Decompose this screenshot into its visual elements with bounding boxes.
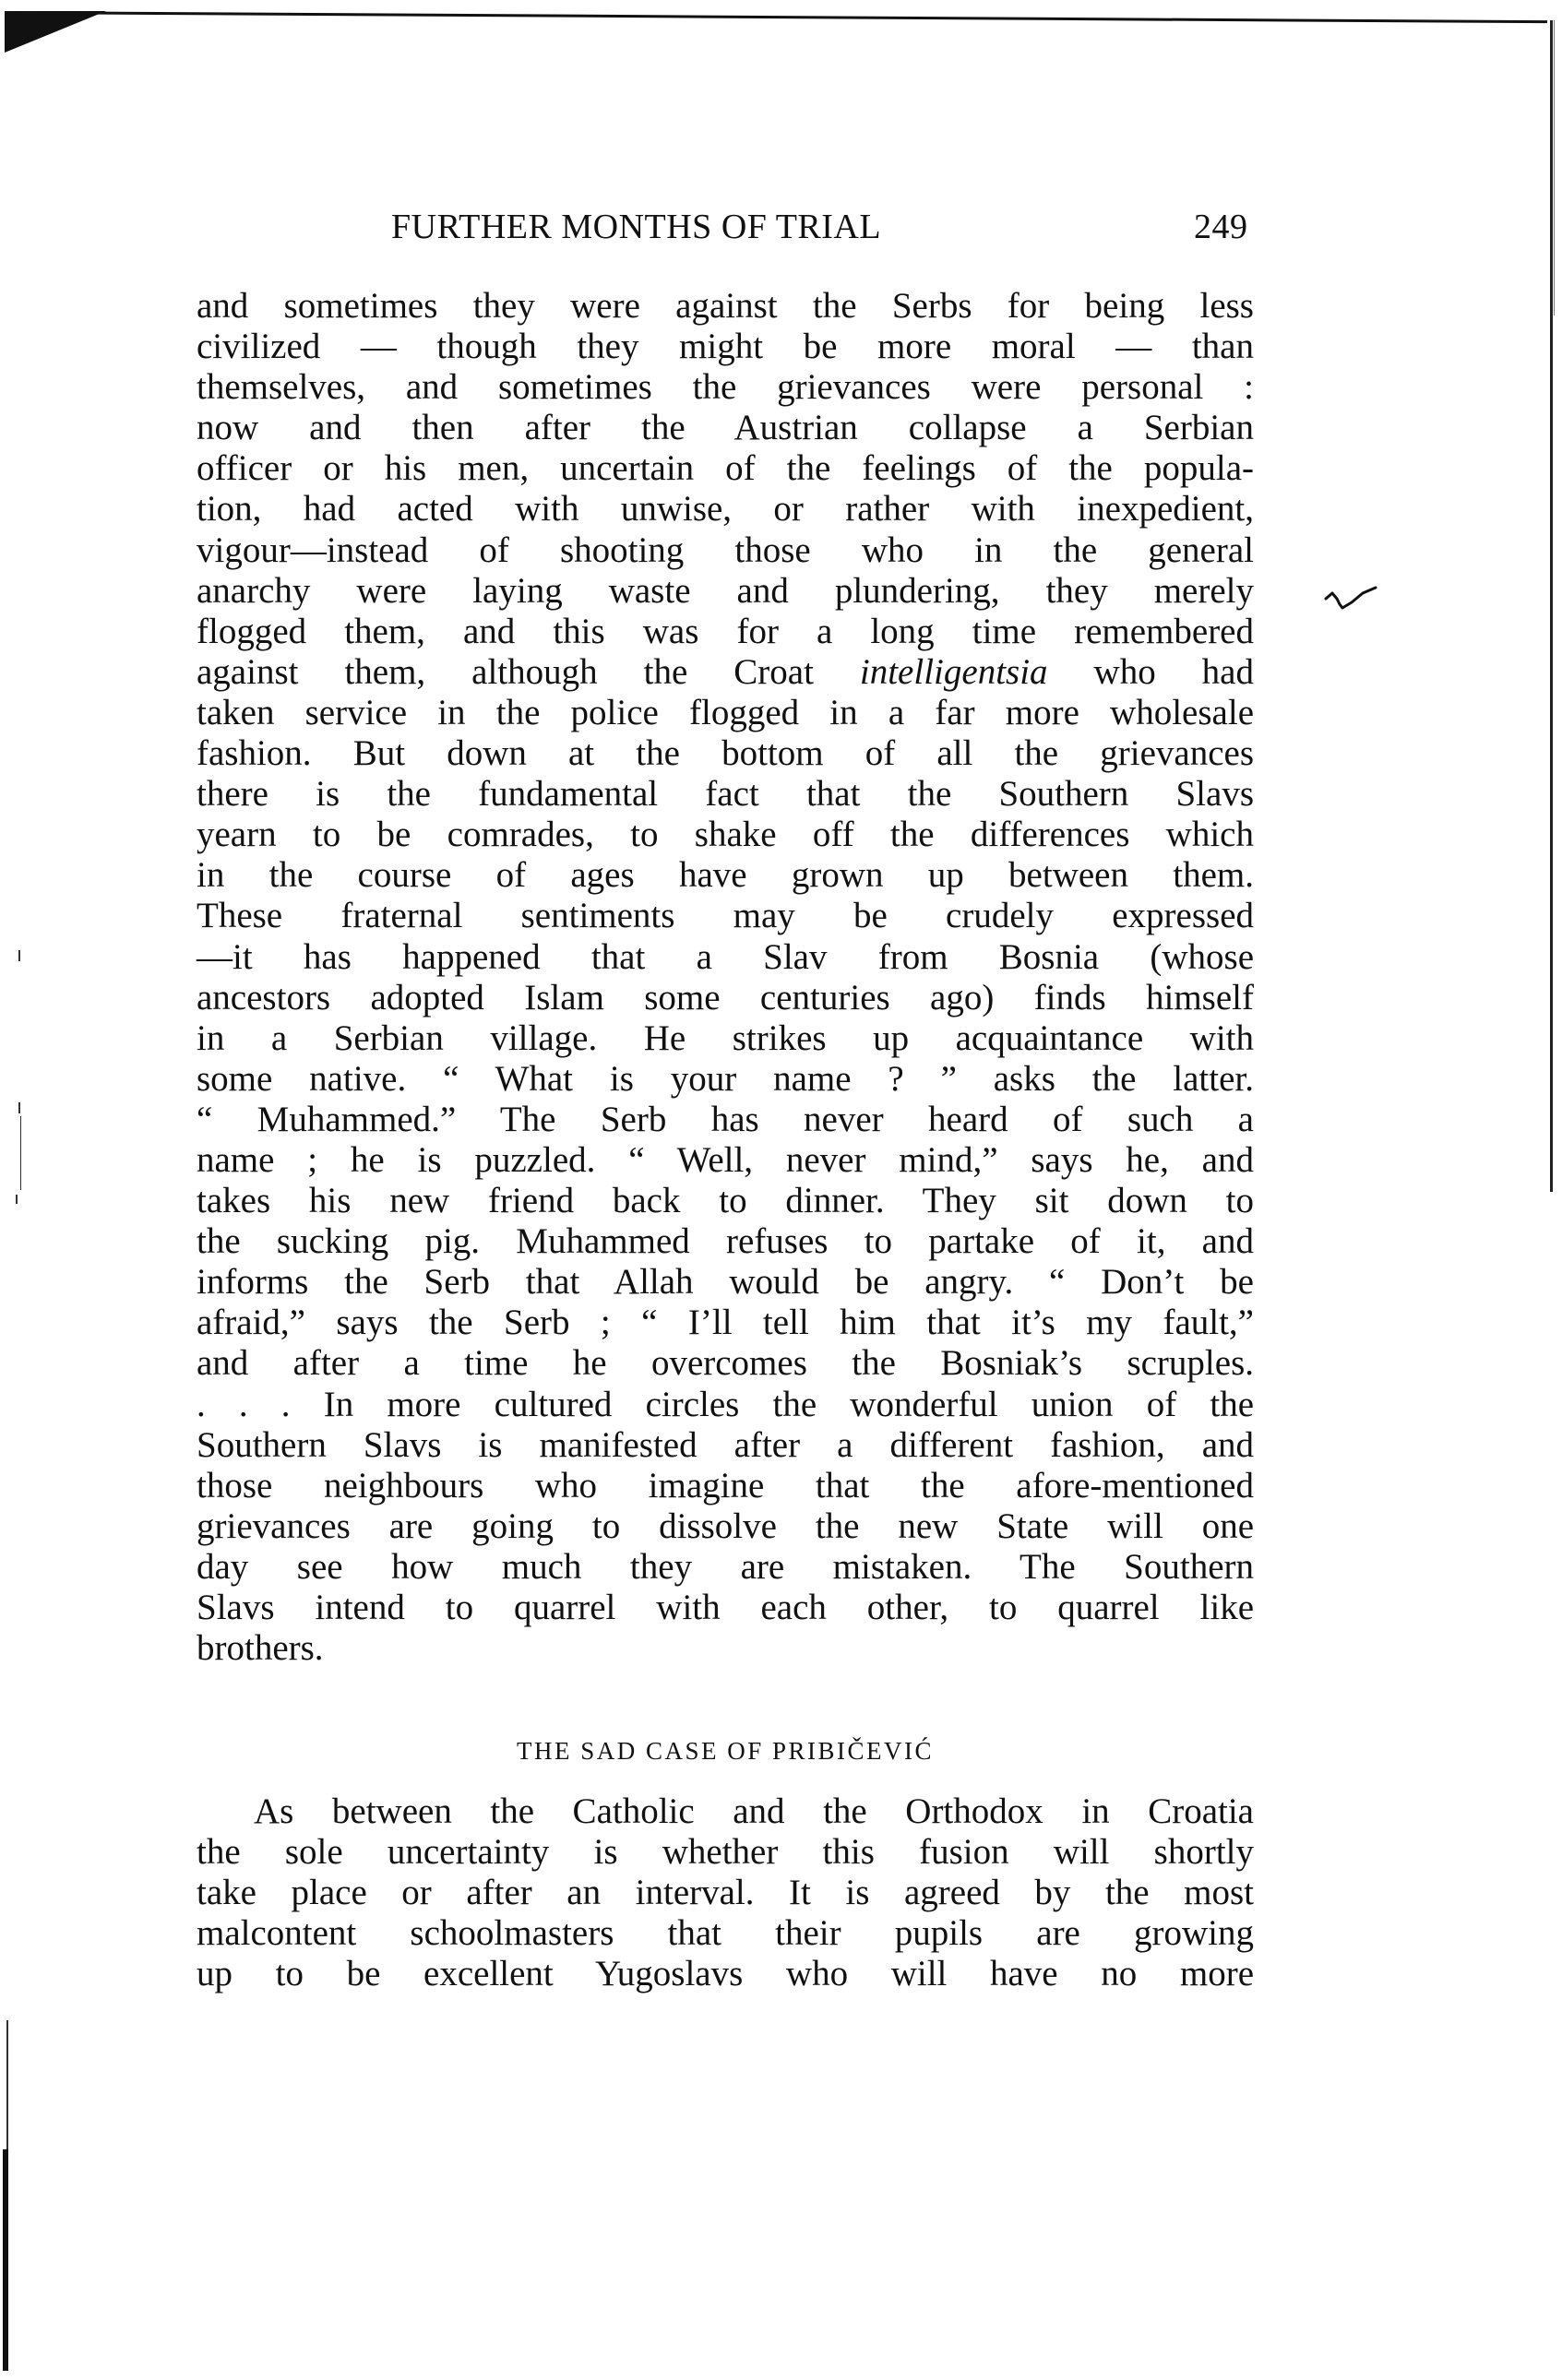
text-line: yearn to be comrades, to shake off the d… [197, 815, 1254, 855]
scan-left-mark [20, 1116, 21, 1190]
text-line: malcontent schoolmasters that their pupi… [197, 1913, 1254, 1954]
text-line: now and then after the Austrian collapse… [197, 408, 1254, 448]
text-line: flogged them, and this was for a long ti… [197, 612, 1254, 652]
text-line: tion, had acted with unwise, or rather w… [197, 489, 1254, 530]
page-number: 249 [1194, 207, 1248, 247]
running-head: FURTHER MONTHS OF TRIAL 249 [391, 207, 1258, 247]
text-line: there is the fundamental fact that the S… [197, 774, 1254, 815]
scan-top-edge [11, 11, 1547, 32]
running-head-title: FURTHER MONTHS OF TRIAL [391, 207, 881, 247]
text-line: These fraternal sentiments may be crudel… [197, 896, 1254, 936]
section-heading: THE SAD CASE OF PRIBIČEVIĆ [197, 1737, 1254, 1766]
text-segment: against them, although the Croat [197, 652, 860, 692]
text-line: . . . In more cultured circles the wonde… [197, 1385, 1254, 1425]
scan-left-mark [18, 1102, 20, 1113]
text-line: the sole uncertainty is whether this fus… [197, 1832, 1254, 1873]
text-line: “ Muhammed.” The Serb has never heard of… [197, 1100, 1254, 1140]
text-line: afraid,” says the Serb ; “ I’ll tell him… [197, 1303, 1254, 1343]
text-line-with-italic: against them, although the Croat intelli… [197, 652, 1254, 693]
text-line: take place or after an interval. It is a… [197, 1873, 1254, 1913]
text-line: ancestors adopted Islam some centuries a… [197, 978, 1254, 1018]
text-line: and sometimes they were against the Serb… [197, 286, 1254, 327]
text-segment: who had [1048, 652, 1254, 692]
body-paragraph: and sometimes they were against the Serb… [197, 286, 1254, 1669]
text-line: in a Serbian village. He strikes up acqu… [197, 1018, 1254, 1059]
text-line: day see how much they are mistaken. The … [197, 1547, 1254, 1588]
text-line: civilized — though they might be more mo… [197, 327, 1254, 367]
text-line: anarchy were laying waste and plundering… [197, 571, 1254, 612]
text-line: taken service in the police flogged in a… [197, 693, 1254, 733]
text-line: informs the Serb that Allah would be ang… [197, 1262, 1254, 1303]
text-line: takes his new friend back to dinner. The… [197, 1181, 1254, 1221]
scan-left-mark [16, 1195, 18, 1204]
text-line: and after a time he overcomes the Bosnia… [197, 1343, 1254, 1384]
text-line: those neighbours who imagine that the af… [197, 1466, 1254, 1506]
scan-left-edge-thin [6, 2020, 8, 2154]
checkmark-icon [1324, 586, 1379, 623]
text-line: up to be excellent Yugoslavs who will ha… [197, 1954, 1254, 1994]
scan-left-mark [18, 950, 20, 961]
text-line: brothers. [197, 1628, 1254, 1669]
text-line: vigour—instead of shooting those who in … [197, 530, 1254, 571]
text-line: grievances are going to dissolve the new… [197, 1506, 1254, 1547]
scan-right-edge [1550, 20, 1553, 1192]
text-line: fashion. But down at the bottom of all t… [197, 733, 1254, 774]
scan-left-edge [3, 2149, 8, 2371]
text-line: some native. “ What is your name ? ” ask… [197, 1059, 1254, 1100]
text-line: the sucking pig. Muhammed refuses to par… [197, 1221, 1254, 1262]
section-paragraph: As between the Catholic and the Orthodox… [197, 1791, 1254, 1994]
text-line: themselves, and sometimes the grievances… [197, 367, 1254, 408]
text-line: Southern Slavs is manifested after a dif… [197, 1425, 1254, 1466]
text-line: —it has happened that a Slav from Bosnia… [197, 937, 1254, 978]
scan-right-edge-faint [1554, 20, 1555, 315]
italic-term: intelligentsia [860, 652, 1048, 692]
text-line: name ; he is puzzled. “ Well, never mind… [197, 1140, 1254, 1181]
text-line: As between the Catholic and the Orthodox… [197, 1791, 1254, 1832]
text-line: in the course of ages have grown up betw… [197, 855, 1254, 896]
text-line: Slavs intend to quarrel with each other,… [197, 1588, 1254, 1628]
text-line: officer or his men, uncertain of the fee… [197, 448, 1254, 489]
